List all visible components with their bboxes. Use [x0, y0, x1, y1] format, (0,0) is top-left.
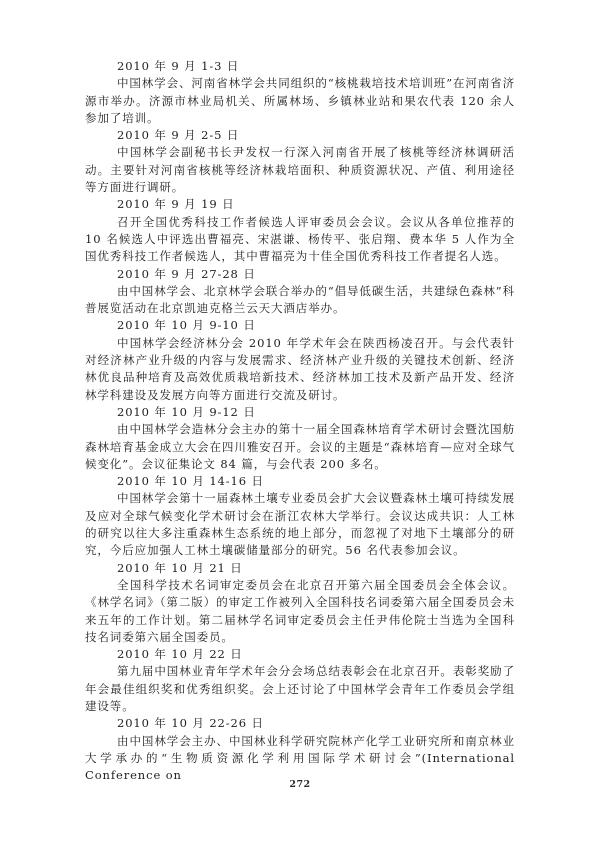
entry-date: 2010 年 9 月 2-5 日 [85, 127, 515, 144]
entry-date: 2010 年 9 月 19 日 [85, 196, 515, 213]
chronicle-entry: 2010 年 10 月 9-12 日由中国林学会造林分会主办的第十一届全国森林培… [85, 404, 515, 473]
document-page: 2010 年 9 月 1-3 日中国林学会、河南省林学会共同组织的“核桃栽培技术… [0, 0, 600, 848]
chronicle-entry: 2010 年 9 月 27-28 日由中国林学会、北京林学会联合举办的“倡导低碳… [85, 266, 515, 318]
chronicle-entry: 2010 年 10 月 22 日第九届中国林业青年学术年会分会场总结表彰会在北京… [85, 646, 515, 715]
entry-date: 2010 年 10 月 21 日 [85, 560, 515, 577]
entry-text: 第九届中国林业青年学术年会分会场总结表彰会在北京召开。表彰奖励了年会最佳组织奖和… [85, 663, 515, 715]
chronicle-entry: 2010 年 10 月 22-26 日由中国林学会主办、中国林业科学研究院林产化… [85, 715, 515, 784]
entry-text: 召开全国优秀科技工作者候选人评审委员会会议。会议从各单位推荐的 10 名候选人中… [85, 214, 515, 266]
entry-date: 2010 年 10 月 9-10 日 [85, 317, 515, 334]
entry-text: 由中国林学会造林分会主办的第十一届全国森林培育学术研讨会暨沈国舫森林培育基金成立… [85, 421, 515, 473]
chronicle-entry: 2010 年 9 月 19 日召开全国优秀科技工作者候选人评审委员会会议。会议从… [85, 196, 515, 265]
chronicle-entry: 2010 年 10 月 9-10 日中国林学会经济林分会 2010 年学术年会在… [85, 317, 515, 403]
chronicle-entry: 2010 年 9 月 2-5 日中国林学会副秘书长尹发权一行深入河南省开展了核桃… [85, 127, 515, 196]
entry-date: 2010 年 10 月 22 日 [85, 646, 515, 663]
entry-text: 中国林学会第十一届森林土壤专业委员会扩大会议暨森林土壤可持续发展及应对全球气候变… [85, 490, 515, 559]
entry-date: 2010 年 10 月 14-16 日 [85, 473, 515, 490]
chronicle-entry: 2010 年 10 月 21 日全国科学技术名词审定委员会在北京召开第六届全国委… [85, 560, 515, 646]
entry-date: 2010 年 9 月 27-28 日 [85, 266, 515, 283]
chronicle-entries: 2010 年 9 月 1-3 日中国林学会、河南省林学会共同组织的“核桃栽培技术… [85, 58, 515, 784]
entry-date: 2010 年 9 月 1-3 日 [85, 58, 515, 75]
entry-text: 中国林学会副秘书长尹发权一行深入河南省开展了核桃等经济林调研活动。主要针对河南省… [85, 144, 515, 196]
chronicle-entry: 2010 年 10 月 14-16 日中国林学会第十一届森林土壤专业委员会扩大会… [85, 473, 515, 559]
entry-text: 由中国林学会、北京林学会联合举办的“倡导低碳生活，共建绿色森林”科普展览活动在北… [85, 283, 515, 318]
entry-date: 2010 年 10 月 9-12 日 [85, 404, 515, 421]
entry-text: 由中国林学会主办、中国林业科学研究院林产化学工业研究所和南京林业大学承办的“生物… [85, 733, 515, 785]
page-number: 272 [0, 779, 600, 790]
entry-text: 中国林学会、河南省林学会共同组织的“核桃栽培技术培训班”在河南省济源市举办。济源… [85, 75, 515, 127]
entry-text: 中国林学会经济林分会 2010 年学术年会在陕西杨凌召开。与会代表针对经济林产业… [85, 335, 515, 404]
entry-text: 全国科学技术名词审定委员会在北京召开第六届全国委员会全体会议。《林学名词》（第二… [85, 577, 515, 646]
entry-date: 2010 年 10 月 22-26 日 [85, 715, 515, 732]
chronicle-entry: 2010 年 9 月 1-3 日中国林学会、河南省林学会共同组织的“核桃栽培技术… [85, 58, 515, 127]
